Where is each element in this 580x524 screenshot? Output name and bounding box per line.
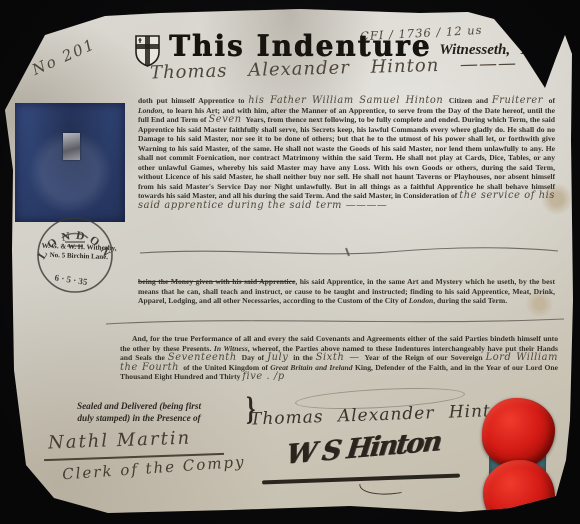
text-segment: , during the said Term.: [433, 296, 507, 305]
text-segment: doth put himself Apprentice to: [138, 96, 248, 105]
attestation-line-2: duly stamped) in the Presence of: [30, 413, 248, 425]
indenture-body-paragraph: doth put himself Apprentice to his Fathe…: [138, 96, 555, 210]
witness-signature: Nathl Martin: [48, 428, 192, 454]
consideration-paragraph: being the Money given with his said Appr…: [138, 277, 555, 306]
signature-flourish-tail: [359, 478, 402, 499]
text-segment: of: [549, 96, 555, 105]
attestation-clause: Sealed and Delivered (being first duly s…: [30, 401, 248, 424]
ink-rule-divider: [138, 244, 560, 260]
text-segment: Fruiterer: [492, 95, 549, 106]
stamp-date-code: 6 · 5 · 35: [54, 272, 89, 287]
text-segment: London,: [138, 106, 167, 115]
text-segment: Years, from thence next following, to be…: [138, 115, 555, 200]
text-segment: in the: [293, 353, 316, 362]
blue-duty-stamp: [15, 103, 125, 222]
text-segment: Seven: [208, 114, 245, 125]
indenture-document: No 201 CFI / 1736 / 12 us This Indenture…: [0, 0, 580, 524]
text-segment: being the Money given with his said Appr…: [138, 277, 295, 286]
text-segment: Citizen and: [449, 96, 492, 105]
text-segment: Day of: [242, 353, 267, 362]
wax-seal-bottom: [483, 460, 555, 524]
attestation-line-1: Sealed and Delivered (being first: [30, 401, 248, 413]
signature-underline: [262, 474, 460, 484]
text-segment: Year of the Reign of our Sovereign: [364, 353, 485, 362]
text-segment: his Father William Samuel Hinton: [248, 95, 449, 106]
witness-paragraph: And, for the true Performance of all and…: [120, 334, 558, 382]
ink-rule-divider: [104, 314, 566, 328]
apprentice-signature: Thomas Alexander Hinton: [250, 400, 515, 429]
pencil-number-annotation: No 201: [29, 35, 98, 79]
text-segment: five . /p: [242, 371, 284, 382]
master-signature: W S Hinton: [284, 426, 441, 471]
text-segment: July: [267, 352, 293, 363]
text-segment: London: [409, 296, 433, 305]
text-segment: Sixth —: [316, 352, 365, 363]
silver-foil-tag: [63, 133, 80, 160]
photo-backdrop: No 201 CFI / 1736 / 12 us This Indenture…: [0, 0, 580, 524]
